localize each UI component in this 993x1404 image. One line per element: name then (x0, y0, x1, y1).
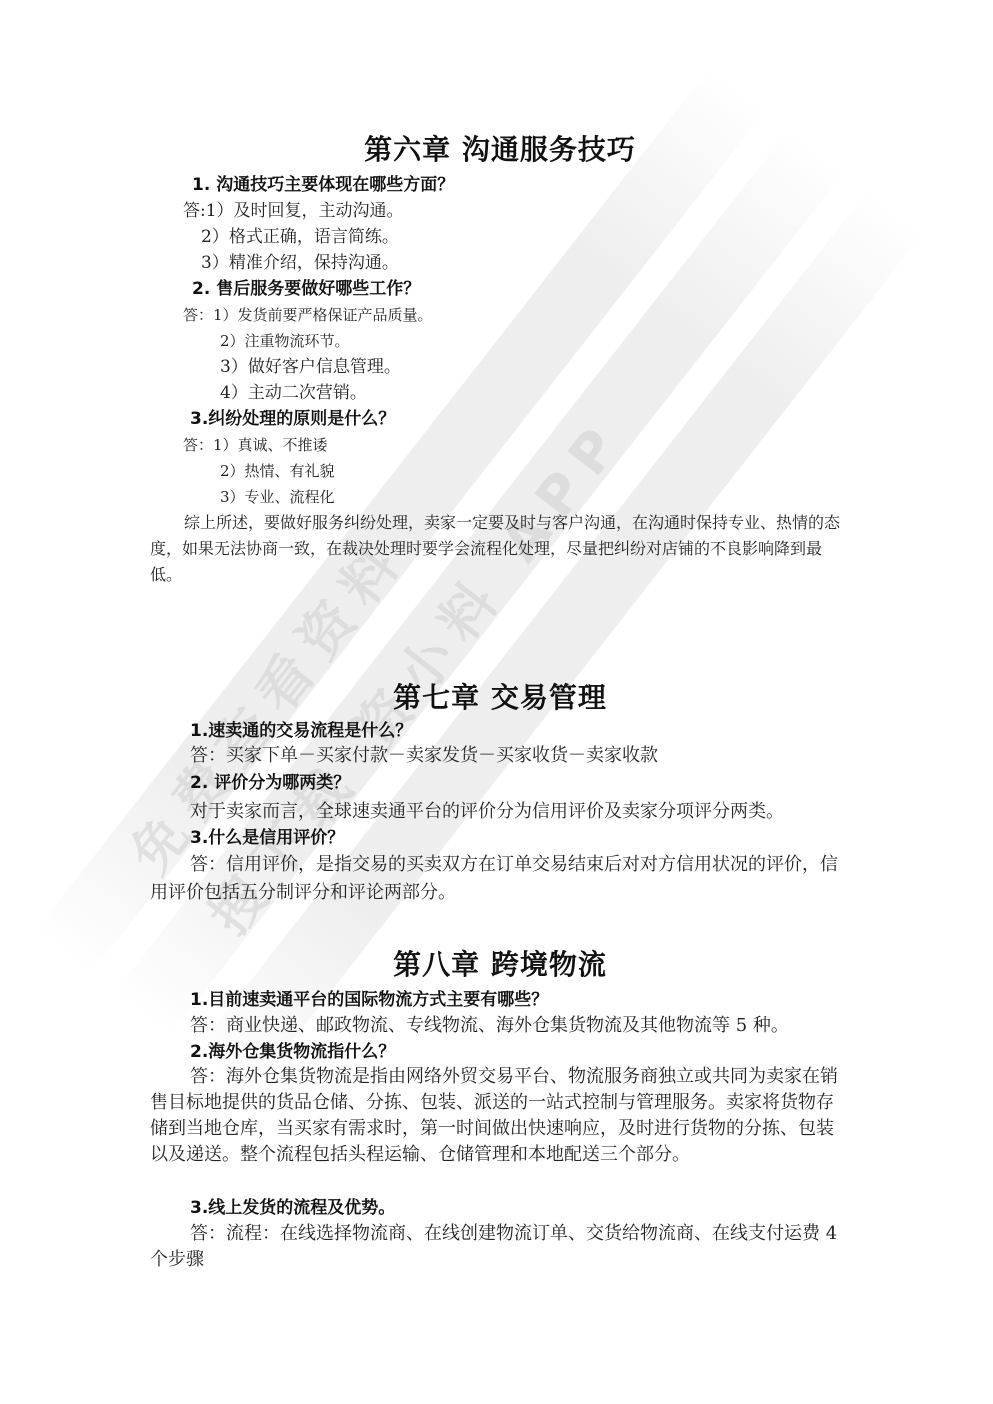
question: 2. 售后服务要做好哪些工作？ (192, 276, 420, 302)
answer-line: 2）格式正确，语言简练。 (201, 224, 399, 250)
answer-line: 3）精准介绍，保持沟通。 (201, 250, 399, 276)
answer-line: 答：1）发货前要严格保证产品质量。 (183, 302, 433, 328)
question: 1.目前速卖通平台的国际物流方式主要有哪些？ (190, 987, 548, 1013)
question: 2. 评价分为哪两类？ (190, 770, 350, 796)
answer-line: 答：1）真诚、不推诿 (183, 432, 328, 458)
summary-paragraph: 综上所述，要做好服务纠纷处理，卖家一定要及时与客户沟通，在沟通时保持专业、热情的… (150, 510, 845, 588)
answer-line: 3）做好客户信息管理。 (220, 354, 401, 380)
answer-line: 2）注重物流环节。 (220, 328, 350, 354)
answer-line: 答：商业快递、邮政物流、专线物流、海外仓集货物流及其他物流等 5 种。 (190, 1013, 789, 1039)
answer-line: 4）主动二次营销。 (220, 380, 367, 406)
answer-line: 3）专业、流程化 (220, 484, 335, 510)
answer-line: 对于卖家而言，全球速卖通平台的评价分为信用评价及卖家分项评分两类。 (190, 799, 784, 825)
question: 3.纠纷处理的原则是什么？ (190, 406, 395, 432)
answer-line: 答:1）及时回复，主动沟通。 (183, 198, 404, 224)
answer-paragraph: 答：信用评价，是指交易的买卖双方在订单交易结束后对对方信用状况的评价，信用评价包… (150, 851, 845, 907)
chapter-title: 第八章 跨境物流 (150, 943, 850, 983)
answer-line: 答：买家下单－买家付款－卖家发货－买家收货－卖家收款 (190, 743, 658, 769)
question: 3.线上发货的流程及优势。 (190, 1195, 395, 1221)
question: 1.速卖通的交易流程是什么？ (190, 718, 412, 744)
question: 3.什么是信用评价？ (190, 825, 344, 851)
question: 1. 沟通技巧主要体现在哪些方面？ (192, 172, 454, 198)
answer-paragraph: 答：流程：在线选择物流商、在线创建物流订单、交货给物流商、在线支付运费 4 个步… (150, 1221, 845, 1273)
answer-paragraph: 答：海外仓集货物流是指由网络外贸交易平台、物流服务商独立或共同为卖家在销售目标地… (150, 1064, 845, 1168)
answer-line: 2）热情、有礼貌 (220, 458, 335, 484)
question: 2.海外仓集货物流指什么？ (190, 1039, 395, 1065)
chapter-title: 第六章 沟通服务技巧 (150, 128, 850, 168)
chapter-title: 第七章 交易管理 (150, 676, 850, 716)
